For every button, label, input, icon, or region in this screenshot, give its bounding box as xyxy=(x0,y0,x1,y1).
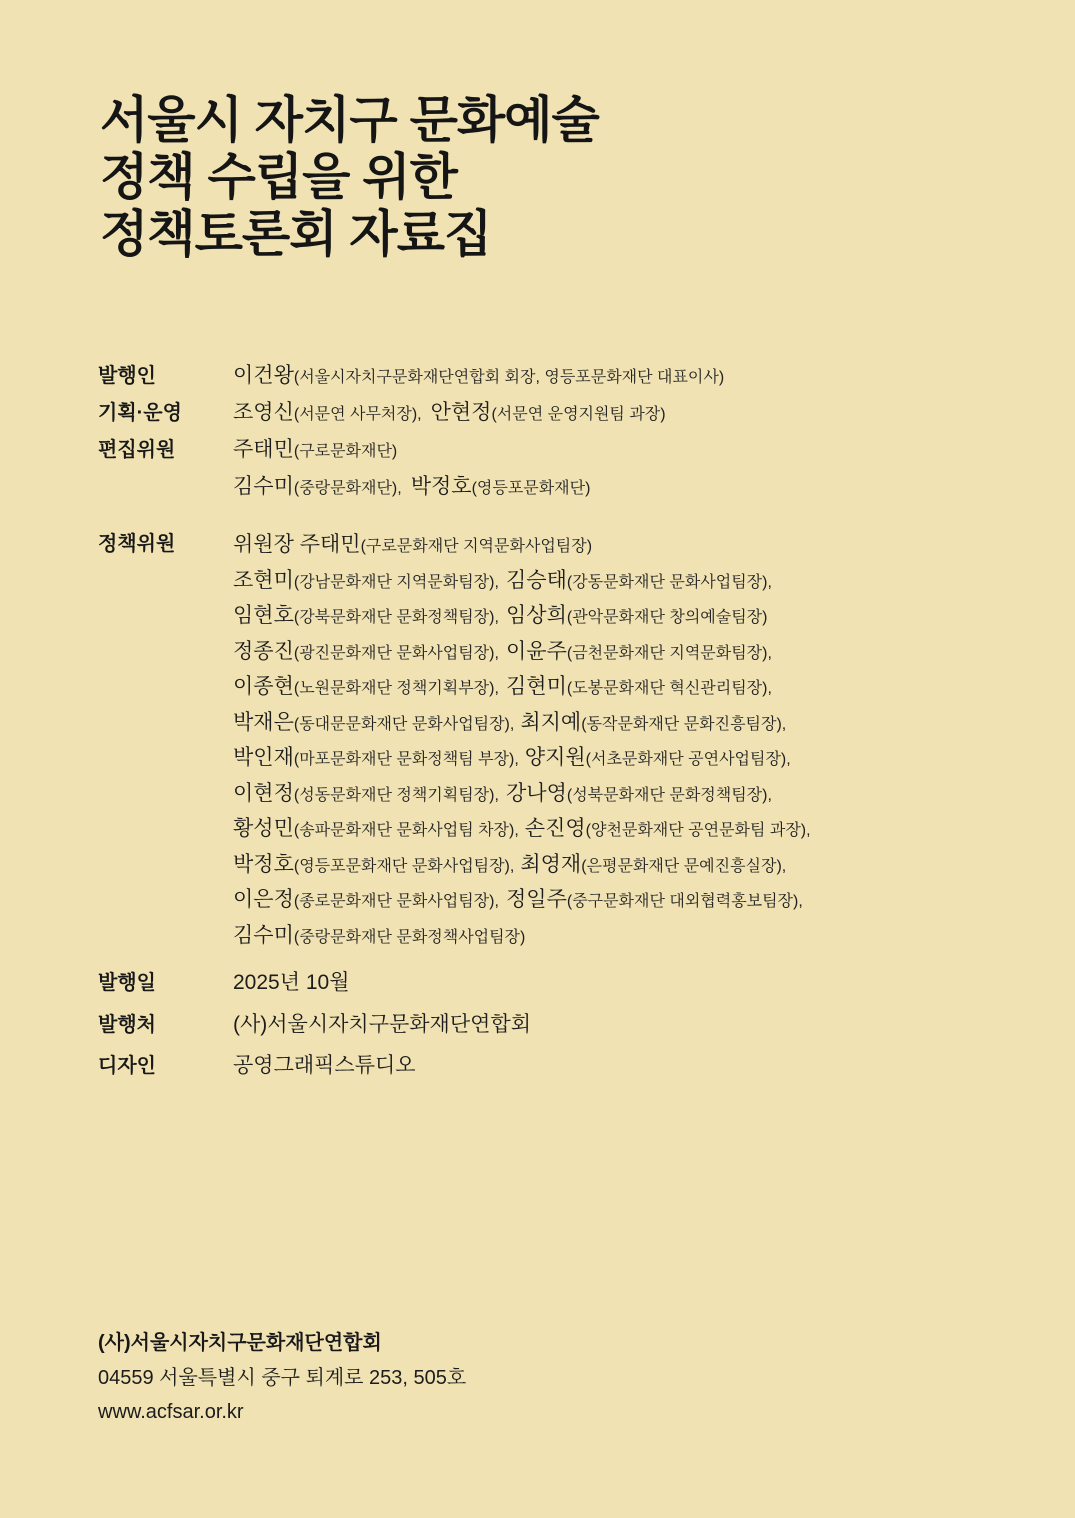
policy-committee-row: 이종현(노원문화재단 정책기획부장),김현미(도봉문화재단 혁신관리팀장), xyxy=(98,670,811,706)
person-name: 박정호 xyxy=(233,853,294,876)
person-affiliation: (송파문화재단 문화사업팀 차장) xyxy=(294,822,514,839)
person-name: 위원장 주태민 xyxy=(233,533,361,556)
separator: , xyxy=(782,858,786,875)
footer-organization: (사)서울시자치구문화재단연합회 xyxy=(98,1326,466,1361)
person-name: 조영신 xyxy=(233,401,294,424)
separator: , xyxy=(767,787,771,804)
person-affiliation: (금천문화재단 지역문화팀장) xyxy=(567,645,768,662)
person-affiliation: (성북문화재단 문화정책팀장) xyxy=(567,787,768,804)
publication-info-section: 발행일2025년 10월 발행처(사)서울시자치구문화재단연합회 디자인공영그래… xyxy=(98,963,531,1088)
publication-row-publisher: 발행처(사)서울시자치구문화재단연합회 xyxy=(98,1005,531,1047)
separator: , xyxy=(510,858,514,875)
separator: , xyxy=(514,751,518,768)
separator: , xyxy=(767,645,771,662)
person-name: 이윤주 xyxy=(506,640,567,663)
credit-label: 발행일 xyxy=(98,964,233,1004)
person-affiliation: (성동문화재단 정책기획팀장) xyxy=(294,787,495,804)
credit-row-editors-2: 김수미(중랑문화재단),박정호(영등포문화재단) xyxy=(98,469,724,506)
separator: , xyxy=(806,822,810,839)
publication-value: 2025년 10월 xyxy=(233,971,349,994)
person-name: 강나영 xyxy=(506,782,567,805)
person-affiliation: (중랑문화재단) xyxy=(294,480,397,497)
separator: , xyxy=(494,609,498,626)
document-page: 서울시 자치구 문화예술 정책 수립을 위한 정책토론회 자료집 발행인이건왕(… xyxy=(0,0,1075,1518)
staff-credits-section: 발행인이건왕(서울시자치구문화재단연합회 회장, 영등포문화재단 대표이사) 기… xyxy=(98,358,724,506)
separator: , xyxy=(494,680,498,697)
separator: , xyxy=(514,822,518,839)
credit-label: 기획·운영 xyxy=(98,396,233,431)
person-affiliation: (마포문화재단 문화정책팀 부장) xyxy=(294,751,514,768)
person-name: 최지예 xyxy=(520,711,581,734)
person-affiliation: (동대문문화재단 문화사업팀장) xyxy=(294,716,510,733)
person-affiliation: (관악문화재단 창의예술팀장) xyxy=(567,609,768,626)
separator: , xyxy=(494,574,498,591)
person-name: 임현호 xyxy=(233,604,294,627)
publication-row-date: 발행일2025년 10월 xyxy=(98,963,531,1005)
credit-label: 디자인 xyxy=(98,1047,233,1087)
footer-section: (사)서울시자치구문화재단연합회 04559 서울특별시 중구 퇴계로 253,… xyxy=(98,1326,466,1430)
person-name: 김수미 xyxy=(233,924,294,947)
person-affiliation: (강동문화재단 문화사업팀장) xyxy=(567,574,768,591)
footer-website-link[interactable]: www.acfsar.or.kr xyxy=(98,1395,466,1430)
person-name: 황성민 xyxy=(233,817,294,840)
person-name: 김현미 xyxy=(506,675,567,698)
person-name: 이건왕 xyxy=(233,364,294,387)
person-name: 박재은 xyxy=(233,711,294,734)
person-name: 손진영 xyxy=(525,817,586,840)
person-affiliation: (구로문화재단) xyxy=(294,443,397,460)
person-name: 정종진 xyxy=(233,640,294,663)
policy-committee-row: 정종진(광진문화재단 문화사업팀장),이윤주(금천문화재단 지역문화팀장), xyxy=(98,635,811,671)
policy-committee-chair-row: 정책위원위원장 주태민(구로문화재단 지역문화사업팀장) xyxy=(98,528,811,564)
credit-row-editors-1: 편집위원주태민(구로문화재단) xyxy=(98,432,724,469)
separator: , xyxy=(510,716,514,733)
separator: , xyxy=(417,406,421,423)
title-line-3: 정책토론회 자료집 xyxy=(100,206,599,263)
publication-value: (사)서울시자치구문화재단연합회 xyxy=(233,1013,531,1036)
credit-row-planning: 기획·운영조영신(서문연 사무처장),안현정(서문연 운영지원팀 과장) xyxy=(98,395,724,432)
person-affiliation: (도봉문화재단 혁신관리팀장) xyxy=(567,680,768,697)
person-affiliation: (광진문화재단 문화사업팀장) xyxy=(294,645,495,662)
person-name: 이은정 xyxy=(233,888,294,911)
title-line-2: 정책 수립을 위한 xyxy=(100,149,599,206)
separator: , xyxy=(767,574,771,591)
separator: , xyxy=(494,787,498,804)
page-title: 서울시 자치구 문화예술 정책 수립을 위한 정책토론회 자료집 xyxy=(100,92,599,263)
policy-committee-row: 황성민(송파문화재단 문화사업팀 차장),손진영(양천문화재단 공연문화팀 과장… xyxy=(98,812,811,848)
credit-label: 발행처 xyxy=(98,1006,233,1046)
person-affiliation: (노원문화재단 정책기획부장) xyxy=(294,680,495,697)
person-affiliation: (강남문화재단 지역문화팀장) xyxy=(294,574,495,591)
person-name: 임상희 xyxy=(506,604,567,627)
publication-row-design: 디자인공영그래픽스튜디오 xyxy=(98,1046,531,1088)
person-affiliation: (서초문화재단 공연사업팀장) xyxy=(586,751,787,768)
separator: , xyxy=(767,680,771,697)
person-affiliation: (종로문화재단 문화사업팀장) xyxy=(294,893,495,910)
person-affiliation: (서문연 운영지원팀 과장) xyxy=(491,406,665,423)
policy-committee-row: 박정호(영등포문화재단 문화사업팀장),최영재(은평문화재단 문예진흥실장), xyxy=(98,848,811,884)
credit-label: 정책위원 xyxy=(98,528,233,564)
person-affiliation: (동작문화재단 문화진흥팀장) xyxy=(581,716,782,733)
person-name: 안현정 xyxy=(431,401,492,424)
separator: , xyxy=(397,480,401,497)
credit-label: 발행인 xyxy=(98,359,233,394)
person-name: 김수미 xyxy=(233,475,294,498)
person-affiliation: (구로문화재단 지역문화사업팀장) xyxy=(361,538,593,555)
separator: , xyxy=(494,893,498,910)
person-name: 이현정 xyxy=(233,782,294,805)
person-name: 박인재 xyxy=(233,746,294,769)
separator: , xyxy=(786,751,790,768)
separator: , xyxy=(782,716,786,733)
person-affiliation: (영등포문화재단 문화사업팀장) xyxy=(294,858,510,875)
person-name: 최영재 xyxy=(520,853,581,876)
person-name: 조현미 xyxy=(233,569,294,592)
person-name: 양지원 xyxy=(525,746,586,769)
separator: , xyxy=(494,645,498,662)
policy-committee-row: 임현호(강북문화재단 문화정책팀장),임상희(관악문화재단 창의예술팀장) xyxy=(98,599,811,635)
policy-committee-row: 이은정(종로문화재단 문화사업팀장),정일주(중구문화재단 대외협력홍보팀장), xyxy=(98,883,811,919)
policy-committee-row: 김수미(중랑문화재단 문화정책사업팀장) xyxy=(98,919,811,955)
person-affiliation: (양천문화재단 공연문화팀 과장) xyxy=(586,822,806,839)
policy-committee-row: 조현미(강남문화재단 지역문화팀장),김승태(강동문화재단 문화사업팀장), xyxy=(98,564,811,600)
policy-committee-section: 정책위원위원장 주태민(구로문화재단 지역문화사업팀장) 조현미(강남문화재단 … xyxy=(98,528,811,954)
separator: , xyxy=(798,893,802,910)
publication-value: 공영그래픽스튜디오 xyxy=(233,1054,416,1077)
credit-row-publisher: 발행인이건왕(서울시자치구문화재단연합회 회장, 영등포문화재단 대표이사) xyxy=(98,358,724,395)
policy-committee-row: 이현정(성동문화재단 정책기획팀장),강나영(성북문화재단 문화정책팀장), xyxy=(98,777,811,813)
person-affiliation: (중구문화재단 대외협력홍보팀장) xyxy=(567,893,799,910)
person-affiliation: (서문연 사무처장) xyxy=(294,406,417,423)
person-name: 정일주 xyxy=(506,888,567,911)
policy-committee-row: 박인재(마포문화재단 문화정책팀 부장),양지원(서초문화재단 공연사업팀장), xyxy=(98,741,811,777)
footer-address: 04559 서울특별시 중구 퇴계로 253, 505호 xyxy=(98,1361,466,1396)
person-affiliation: (강북문화재단 문화정책팀장) xyxy=(294,609,495,626)
person-name: 이종현 xyxy=(233,675,294,698)
person-name: 박정호 xyxy=(411,475,472,498)
person-affiliation: (은평문화재단 문예진흥실장) xyxy=(581,858,782,875)
person-name: 주태민 xyxy=(233,438,294,461)
credit-label: 편집위원 xyxy=(98,433,233,468)
person-affiliation: (영등포문화재단) xyxy=(472,480,591,497)
title-line-1: 서울시 자치구 문화예술 xyxy=(100,92,599,149)
person-name: 김승태 xyxy=(506,569,567,592)
policy-committee-row: 박재은(동대문문화재단 문화사업팀장),최지예(동작문화재단 문화진흥팀장), xyxy=(98,706,811,742)
person-affiliation: (서울시자치구문화재단연합회 회장, 영등포문화재단 대표이사) xyxy=(294,369,724,386)
person-affiliation: (중랑문화재단 문화정책사업팀장) xyxy=(294,929,526,946)
